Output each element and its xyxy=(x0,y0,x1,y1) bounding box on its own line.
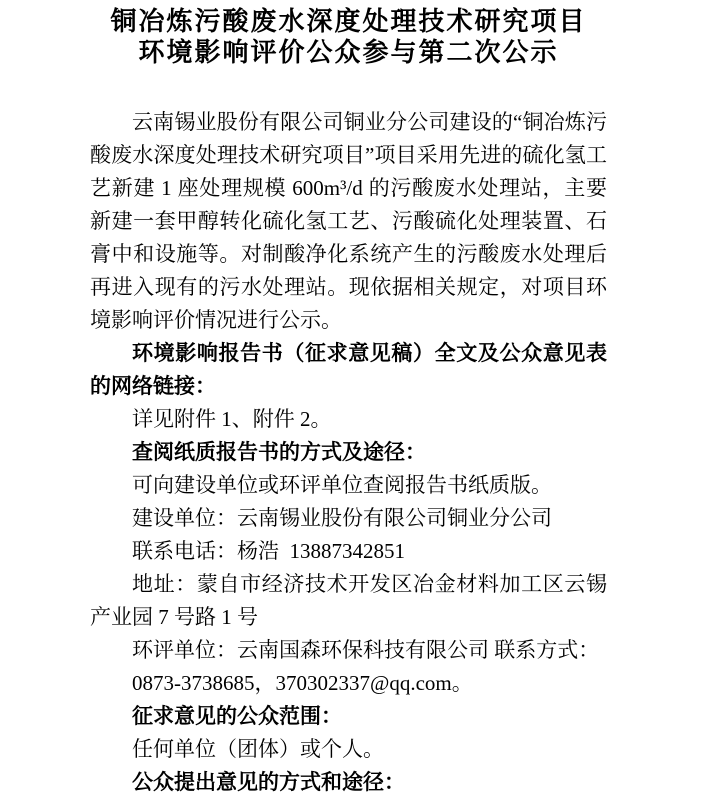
document-body: 云南锡业股份有限公司铜业分公司建设的“铜冶炼污酸废水深度处理技术研究项目”项目采… xyxy=(90,106,607,799)
body-paragraph: 任何单位（团体）或个人。 xyxy=(90,733,607,766)
body-paragraph: 建设单位：云南锡业股份有限公司铜业分公司 xyxy=(90,502,607,535)
section-heading: 查阅纸质报告书的方式及途径： xyxy=(90,436,607,469)
title-line-1: 铜冶炼污酸废水深度处理技术研究项目 xyxy=(90,6,607,37)
body-paragraph: 详见附件 1、附件 2。 xyxy=(90,403,607,436)
body-paragraph: 可向建设单位或环评单位查阅报告书纸质版。 xyxy=(90,469,607,502)
section-heading: 环境影响报告书（征求意见稿）全文及公众意见表的网络链接： xyxy=(90,337,607,403)
title-line-2: 环境影响评价公众参与第二次公示 xyxy=(90,37,607,68)
body-paragraph: 地址：蒙自市经济技术开发区冶金材料加工区云锡产业园 7 号路 1 号 xyxy=(90,568,607,634)
document-title: 铜冶炼污酸废水深度处理技术研究项目 环境影响评价公众参与第二次公示 xyxy=(90,6,607,68)
section-heading: 征求意见的公众范围： xyxy=(90,700,607,733)
section-heading: 公众提出意见的方式和途径： xyxy=(90,766,607,799)
body-paragraph: 环评单位：云南国森环保科技有限公司 联系方式： xyxy=(90,634,607,667)
body-paragraph: 联系电话：杨浩 13887342851 xyxy=(90,535,607,568)
body-paragraph: 0873-3738685，370302337@qq.com。 xyxy=(90,667,607,700)
body-paragraph: 云南锡业股份有限公司铜业分公司建设的“铜冶炼污酸废水深度处理技术研究项目”项目采… xyxy=(90,106,607,337)
document-page: 铜冶炼污酸废水深度处理技术研究项目 环境影响评价公众参与第二次公示 云南锡业股份… xyxy=(0,0,701,811)
